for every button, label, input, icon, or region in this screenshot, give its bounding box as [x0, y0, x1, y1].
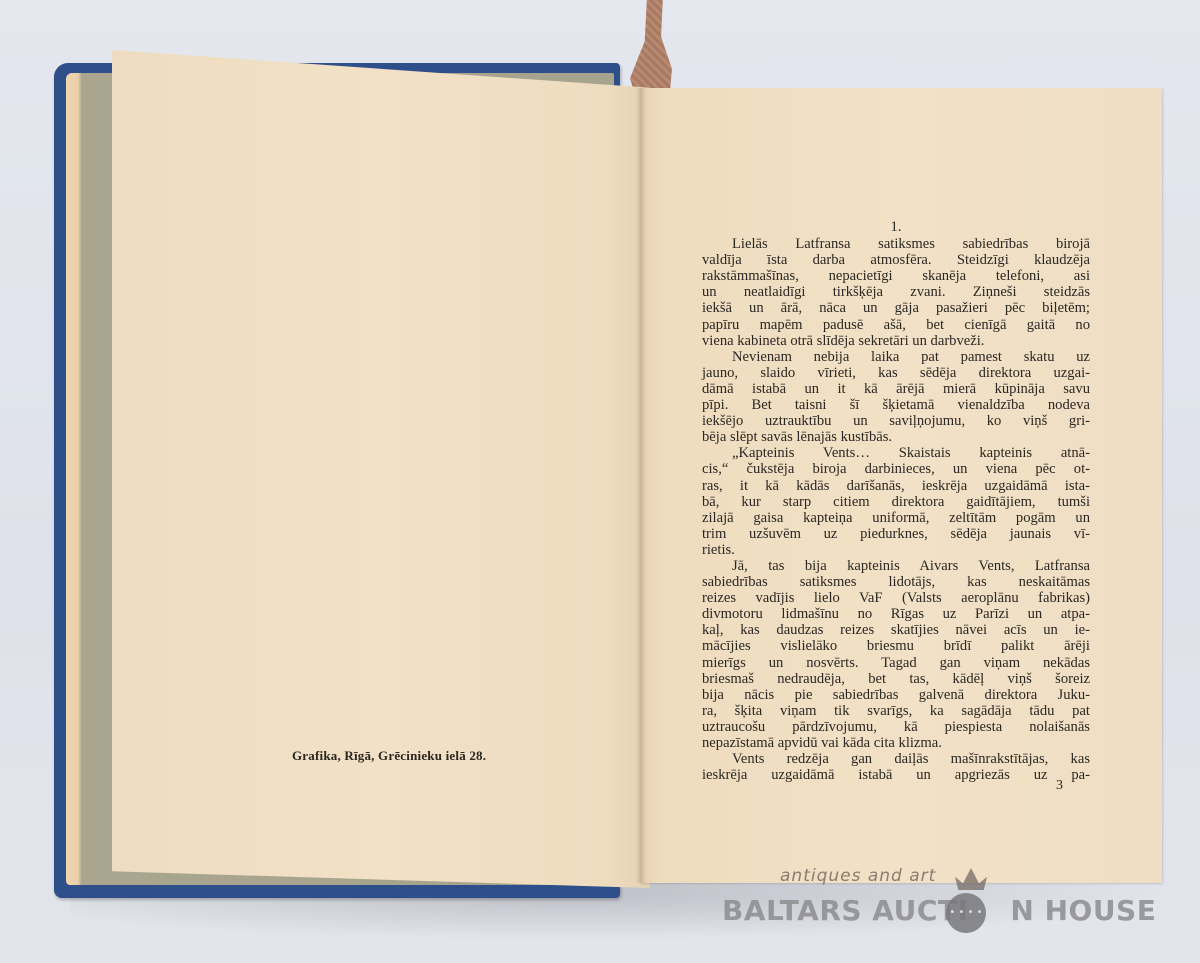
crown-icon	[955, 868, 987, 890]
text-line: ieskrēja uzgaidāmā istabā un apgriezās u…	[702, 767, 1090, 783]
chapter-text: 1. Lielās Latfransa satiksmes sabiedrība…	[702, 219, 1090, 783]
text-line: mācījies vislielāko briesmu brīdī palikt…	[702, 638, 1090, 654]
globe-icon: • • • •	[946, 893, 986, 933]
text-line: uztraucošu pārdzīvojumu, kā piespiesta n…	[702, 719, 1090, 735]
text-line: „Kapteinis Vents… Skaistais kapteinis at…	[702, 445, 1090, 461]
text-line: mierīgs un nosvērts. Tagad gan viņam nek…	[702, 655, 1090, 671]
watermark-name: BALTARS AUCTIN HOUSE	[722, 894, 1156, 927]
auction-house-watermark: antiques and art BALTARS AUCTIN HOUSE • …	[722, 866, 1122, 936]
text-line: iekšējo uztrauktību un saviļņojumu, ko v…	[702, 413, 1090, 429]
text-line: rakstāmmašīnas, nepacietīgi skanēja tele…	[702, 268, 1090, 284]
text-line: valdīja īsta darba atmosfēra. Steidzīgi …	[702, 252, 1090, 268]
text-line: bija nācis pie sabiedrības galvenā direk…	[702, 687, 1090, 703]
text-lines: Lielās Latfransa satiksmes sabiedrības b…	[702, 236, 1090, 783]
text-line: rietis.	[702, 542, 1090, 558]
text-line: dāmā istabā un it kā ārējā mierā kūpināj…	[702, 381, 1090, 397]
ribbon-bookmark	[630, 0, 672, 92]
text-line: un neatlaidīgi tirkšķēja zvani. Ziņneši …	[702, 284, 1090, 300]
text-line: trim uzšuvēm uz piedurknes, sēdēja jauna…	[702, 526, 1090, 542]
page-number: 3	[1056, 778, 1063, 794]
printer-imprint: Grafika, Rīgā, Grēcinieku ielā 28.	[292, 748, 486, 764]
text-line: Nevienam nebija laika pat pamest skatu u…	[702, 349, 1090, 365]
text-line: viena kabineta otrā slīdēja sekretāri un…	[702, 333, 1090, 349]
watermark-tagline: antiques and art	[780, 866, 936, 886]
text-line: pīpi. Bet taisni šī šķietamā vienaldzība…	[702, 397, 1090, 413]
text-line: cis,“ čukstēja biroja darbinieces, un vi…	[702, 461, 1090, 477]
text-line: Jā, tas bija kapteinis Aivars Vents, Lat…	[702, 558, 1090, 574]
text-line: ras, it kā kādās darīšanās, ieskrēja uzg…	[702, 478, 1090, 494]
text-line: kaļ, kas daudzas reizes skatījies nāvei …	[702, 622, 1090, 638]
text-line: briesmaš nedraudēja, bet tas, kādēļ viņš…	[702, 671, 1090, 687]
book-gutter	[636, 88, 646, 883]
text-line: papīru mapēm padusē ašā, bet cienīgā gai…	[702, 317, 1090, 333]
text-line: iekšā un ārā, nāca un gāja pasažieri pēc…	[702, 300, 1090, 316]
text-line: Vents redzēja gan daiļās mašīnrakstītāja…	[702, 751, 1090, 767]
text-line: nepazīstamā apvidū vai kāda cita klizma.	[702, 735, 1090, 751]
text-line: jauno, slaido vīrieti, kas sēdēja direkt…	[702, 365, 1090, 381]
watermark-name-right: N HOUSE	[1010, 894, 1156, 927]
chapter-number: 1.	[702, 219, 1090, 235]
text-line: zilajā gaisa kapteiņa uniformā, zeltītām…	[702, 510, 1090, 526]
text-line: sabiedrības satiksmes lidotājs, kas nesk…	[702, 574, 1090, 590]
text-line: Lielās Latfransa satiksmes sabiedrības b…	[702, 236, 1090, 252]
text-line: reizes vadījis lielo VaF (Valsts aeroplā…	[702, 590, 1090, 606]
text-line: divmotoru lidmašīnu no Rīgas uz Parīzi u…	[702, 606, 1090, 622]
text-line: ra, šķita viņam tik svarīgs, ka sagādāja…	[702, 703, 1090, 719]
text-line: bā, kur starp citiem direktora gaidītāji…	[702, 494, 1090, 510]
text-line: bēja slēpt savās lēnajās kustībās.	[702, 429, 1090, 445]
watermark-name-left: BALTARS AUCTI	[722, 894, 968, 927]
